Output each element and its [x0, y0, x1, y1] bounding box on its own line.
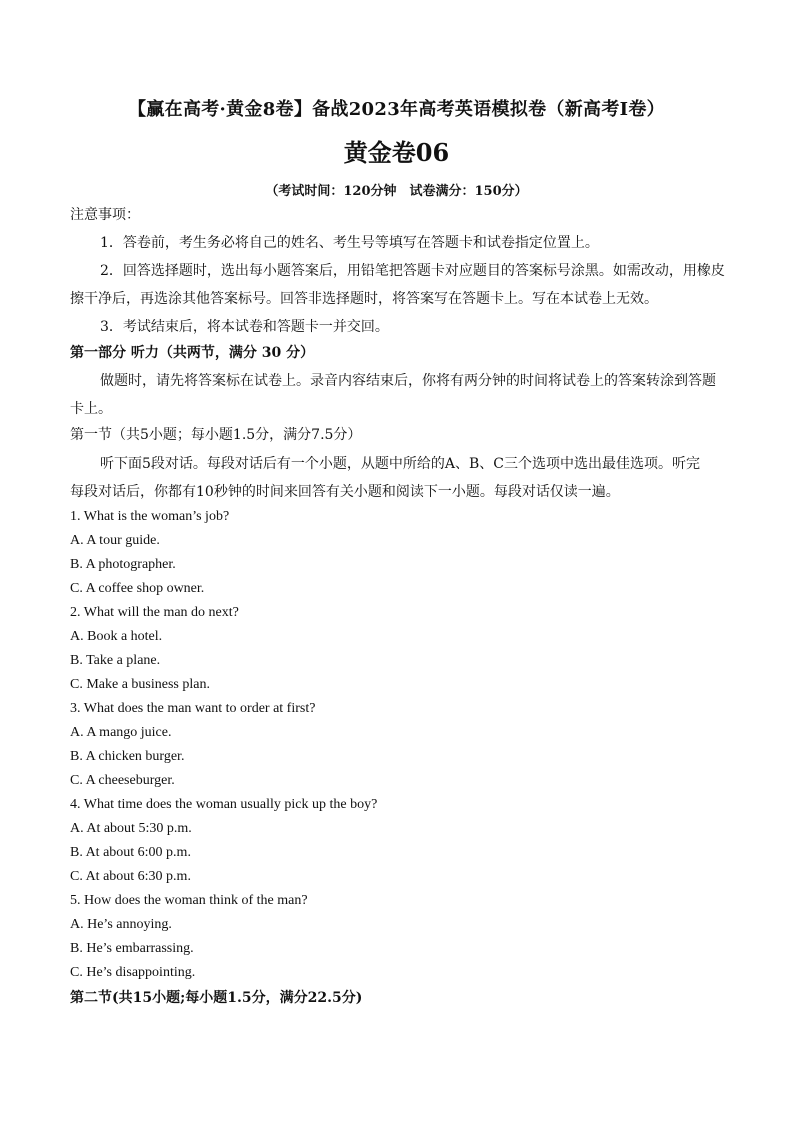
question-1-option-a: A. A tour guide. [70, 532, 160, 550]
question-4-option-a: A. At about 5:30 p.m. [70, 820, 192, 838]
document-title: 【赢在高考·黄金8卷】备战2023年高考英语模拟卷（新高考I卷） [0, 95, 793, 121]
part1-intro-continued: 卡上。 [70, 400, 112, 418]
question-2-option-b: B. Take a plane. [70, 652, 160, 670]
part1-heading: 第一部分 听力（共两节，满分 30 分） [70, 344, 314, 362]
notice-item: 1．答卷前，考生务必将自己的姓名、考生号等填写在答题卡和试卷指定位置上。 [100, 234, 599, 252]
question-4: 4. What time does the woman usually pick… [70, 796, 377, 814]
section2-heading: 第二节(共15小题;每小题1.5分，满分22.5分) [70, 989, 362, 1007]
exam-info: （考试时间：120分钟 试卷满分：150分） [0, 180, 793, 199]
question-2-option-a: A. Book a hotel. [70, 628, 162, 646]
question-1-option-c: C. A coffee shop owner. [70, 580, 204, 598]
question-3-option-b: B. A chicken burger. [70, 748, 184, 766]
document-subtitle: 黄金卷06 [0, 133, 793, 168]
notice-item: 2．回答选择题时，选出每小题答案后，用铅笔把答题卡对应题目的答案标号涂黑。如需改… [100, 262, 725, 280]
question-4-option-b: B. At about 6:00 p.m. [70, 844, 191, 862]
question-5: 5. How does the woman think of the man? [70, 892, 308, 910]
question-2: 2. What will the man do next? [70, 604, 239, 622]
question-2-option-c: C. Make a business plan. [70, 676, 210, 694]
notice-item-continued: 擦干净后，再选涂其他答案标号。回答非选择题时，将答案写在答题卡上。写在本试卷上无… [70, 290, 658, 308]
question-3: 3. What does the man want to order at fi… [70, 700, 315, 718]
notice-item: 3．考试结束后，将本试卷和答题卡一并交回。 [100, 318, 389, 336]
question-4-option-c: C. At about 6:30 p.m. [70, 868, 191, 886]
question-1: 1. What is the woman’s job? [70, 508, 229, 526]
part1-intro: 做题时，请先将答案标在试卷上。录音内容结束后，你将有两分钟的时间将试卷上的答案转… [100, 372, 716, 390]
question-5-option-c: C. He’s disappointing. [70, 964, 195, 982]
question-1-option-b: B. A photographer. [70, 556, 176, 574]
notice-heading: 注意事项： [70, 206, 140, 224]
section1-heading: 第一节（共5小题；每小题1.5分，满分7.5分） [70, 426, 361, 444]
section1-instructions-continued: 每段对话后，你都有10秒钟的时间来回答有关小题和阅读下一小题。每段对话仅读一遍。 [70, 483, 620, 501]
question-3-option-c: C. A cheeseburger. [70, 772, 175, 790]
question-3-option-a: A. A mango juice. [70, 724, 172, 742]
document-page: 【赢在高考·黄金8卷】备战2023年高考英语模拟卷（新高考I卷） 黄金卷06 （… [0, 0, 793, 1122]
section1-instructions: 听下面5段对话。每段对话后有一个小题，从题中所给的A、B、C三个选项中选出最佳选… [100, 455, 700, 473]
question-5-option-a: A. He’s annoying. [70, 916, 172, 934]
question-5-option-b: B. He’s embarrassing. [70, 940, 194, 958]
